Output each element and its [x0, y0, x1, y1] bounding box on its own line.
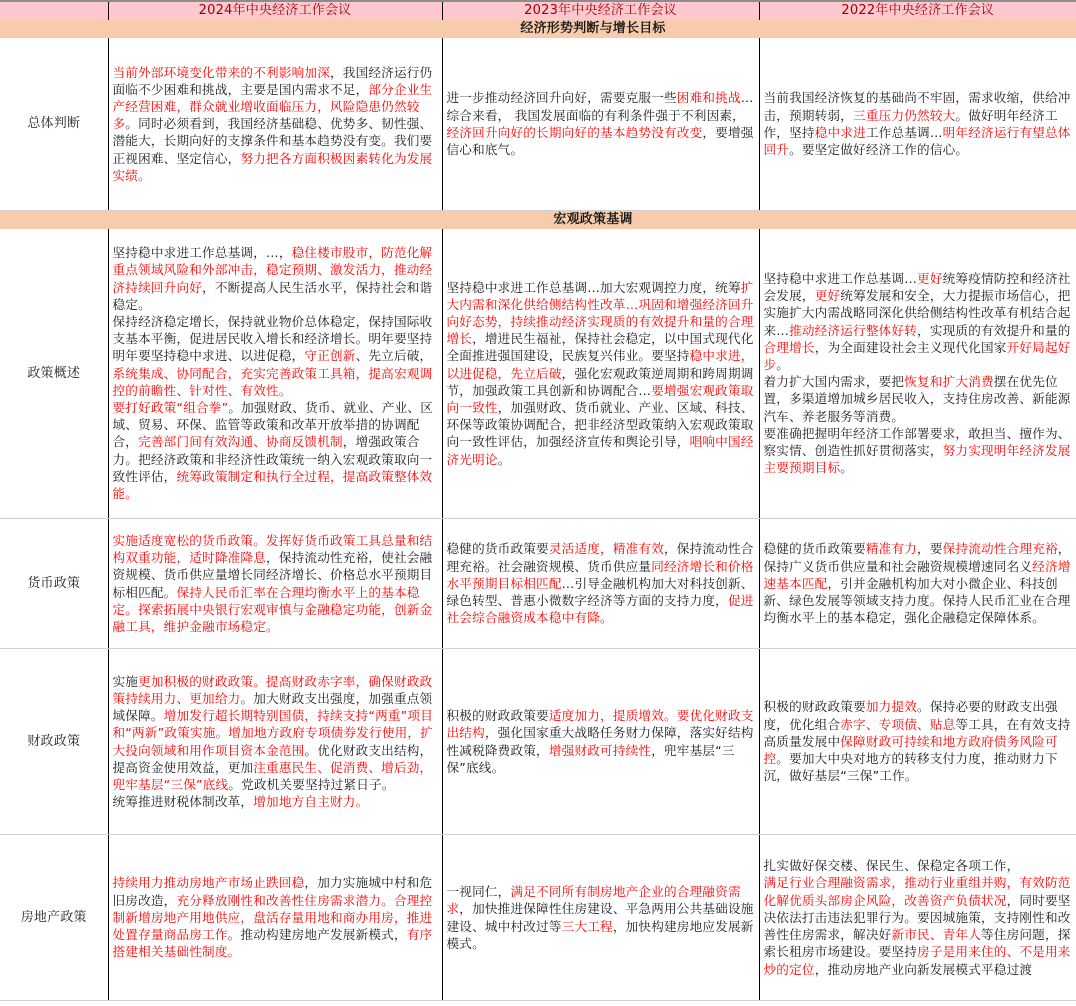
cell-2023: 积极的财政政策要适度加力，提质增效。要优化财政支出结构，强化国家重大战略任务财力… — [442, 649, 759, 835]
policy-comparison-table: 2024年中央经济工作会议 2023年中央经济工作会议 2022年中央经济工作会… — [0, 0, 1076, 1001]
cell-2023: 稳健的货币政策要灵活适度，精准有效，保持流动性合理充裕。社会融资规模、货币供应量… — [442, 519, 759, 649]
highlighted-text: 推动经济运行整体好转 — [789, 323, 917, 338]
highlighted-text: 更好 — [815, 288, 841, 303]
section-title: 经济形势判断与增长目标 — [0, 20, 1076, 38]
cell-2024: 当前外部环境变化带来的不利影响加深，我国经济运行仍面临不少困难和挑战，主要是国内… — [108, 38, 442, 210]
section-title: 宏观政策基调 — [0, 211, 1076, 229]
body-text: 积极的财政政策要 — [764, 699, 866, 714]
highlighted-text: 要打好政策“组合拳” — [113, 400, 229, 415]
body-text: 。要坚定做好经济工作的信心。 — [789, 142, 968, 157]
row-label: 财政政策 — [0, 649, 108, 835]
cell-2022: 稳健的货币政策要精准有力，要保持流动性合理充裕，保持广义货币供应量和社会融资规模… — [759, 519, 1076, 649]
section-row-macro-policy: 宏观政策基调 — [0, 210, 1076, 229]
body-text: 实施 — [113, 674, 139, 689]
row-label: 房地产政策 — [0, 835, 108, 1001]
body-text: 。 — [776, 357, 789, 372]
header-2023: 2023年中央经济工作会议 — [442, 1, 759, 20]
body-text: 着力扩大国内需求，要把 — [764, 374, 905, 389]
row-label: 总体判断 — [0, 38, 108, 210]
highlighted-text: 增强财政可持续性 — [549, 743, 651, 758]
table-row-policy-overview: 政策概述 坚持稳中求进工作总基调，…，稳住楼市股市，防范化解重点领域风险和外部冲… — [0, 229, 1076, 519]
row-label: 货币政策 — [0, 519, 108, 649]
body-text: 坚持稳中求进工作总基调，…， — [113, 245, 292, 260]
body-text: 、先立后破， — [356, 348, 433, 363]
body-text: 稳健的货币政策要 — [764, 541, 866, 556]
body-text: 。 — [840, 460, 853, 475]
highlighted-text: 灵活适度，精准有效 — [549, 541, 664, 556]
body-text: 扎实做好保交楼、保民生、保稳定各项工作， — [764, 858, 1020, 873]
body-text: 。推动构建房地产发展新模式， — [228, 927, 407, 942]
highlighted-text: 赤字、专项债、贴息 — [840, 717, 955, 732]
body-text: ，要 — [917, 541, 943, 556]
body-text: 工作总基调… — [866, 125, 943, 140]
body-text: ，推动房地产业向新发展模式平稳过渡 — [815, 962, 1033, 977]
cell-2023: 一视同仁，满足不同所有制房地产企业的合理融资需求，加快推进保障性住房建设、平急两… — [442, 835, 759, 1001]
highlighted-text: 持续用力推动房地产市场止跌回稳 — [113, 875, 305, 890]
cell-2022: 坚持稳中求进工作总基调…更好统筹疫情防控和经济社会发展，更好统筹发展和安全，大力… — [759, 229, 1076, 519]
body-text: 稳健的货币政策要 — [447, 541, 549, 556]
highlighted-text: 加力提效 — [866, 699, 917, 714]
body-text: ，为全面建设社会主义现代化国家 — [815, 340, 1007, 355]
highlighted-text: 困难和挑战 — [677, 90, 741, 105]
highlighted-text: 当前外部环境变化带来的不利影响加深 — [113, 65, 331, 80]
highlighted-text: 守正创新 — [304, 348, 355, 363]
table-row-overall-judgment: 总体判断 当前外部环境变化带来的不利影响加深，我国经济运行仍面临不少困难和挑战，… — [0, 38, 1076, 210]
highlighted-text: 完善部门间有效沟通、协商反馈机制 — [138, 434, 343, 449]
highlighted-text: 系统集成、协同配合，充实完善政策工具箱，提高宏观调控的前瞻性、针对性、有效性。 — [113, 366, 433, 398]
cell-2024: 实施适度宽松的货币政策。发挥好货币政策工具总量和结构双重功能，适时降准降息，保持… — [108, 519, 442, 649]
table-row-monetary-policy: 货币政策 实施适度宽松的货币政策。发挥好货币政策工具总量和结构双重功能，适时降准… — [0, 519, 1076, 649]
cell-2024: 坚持稳中求进工作总基调，…，稳住楼市股市，防范化解重点领域风险和外部冲击，稳定预… — [108, 229, 442, 519]
highlighted-text: 经济回升向好的长期向好的基本趋势没有改变 — [447, 125, 703, 140]
body-text: 。党政机关要坚持过紧日子。 — [228, 777, 394, 792]
highlighted-text: 精准有力 — [866, 541, 917, 556]
highlighted-text: 保持流动性合理充裕 — [943, 541, 1058, 556]
body-text: 。 — [498, 452, 511, 467]
header-corner-cell — [0, 1, 108, 20]
highlighted-text: 三重压力仍然较大 — [853, 108, 955, 123]
body-text: 。 — [600, 610, 613, 625]
highlighted-text: 更好 — [917, 271, 943, 286]
table-row-real-estate-policy: 房地产政策 持续用力推动房地产市场止跌回稳，加力实施城中村和危旧房改造，充分释放… — [0, 835, 1076, 1001]
highlighted-text: 稳中求进 — [815, 125, 866, 140]
header-2022: 2022年中央经济工作会议 — [759, 1, 1076, 20]
body-text: 。要加大中央对地方的转移支付力度，推动财力下沉，做好基层“三保”工作。 — [764, 751, 1058, 783]
cell-2024: 实施更加积极的财政政策。提高财政赤字率，确保财政政策持续用力、更加给力。加大财政… — [108, 649, 442, 835]
body-text: 积极的财政政策要 — [447, 708, 549, 723]
highlighted-text: 增加地方自主财力。 — [253, 794, 368, 809]
cell-2022: 积极的财政政策要加力提效。保持必要的财政支出强度，优化组合赤字、专项债、贴息等工… — [759, 649, 1076, 835]
body-text: ，实现质的有效提升和量的 — [917, 323, 1071, 338]
row-label: 政策概述 — [0, 229, 108, 519]
highlighted-text: 三大工程 — [562, 919, 613, 934]
cell-2022: 当前我国经济恢复的基础尚不牢固，需求收缩，供给冲击，预期转弱，三重压力仍然较大。… — [759, 38, 1076, 210]
body-text: 统筹推进财税体制改革， — [113, 794, 254, 809]
highlighted-text: 合理增长 — [764, 340, 815, 355]
header-2024: 2024年中央经济工作会议 — [108, 1, 442, 20]
body-text: 坚持稳中求进工作总基调… — [764, 271, 918, 286]
table-header-row: 2024年中央经济工作会议 2023年中央经济工作会议 2022年中央经济工作会… — [0, 1, 1076, 20]
cell-2023: 进一步推动经济回升向好，需要克服一些困难和挑战…综合来看， 我国发展面临的有利条… — [442, 38, 759, 210]
body-text: 进一步推动经济回升向好，需要克服一些 — [447, 90, 677, 105]
body-text: 一视同仁， — [447, 884, 511, 899]
table-row-fiscal-policy: 财政政策 实施更加积极的财政政策。提高财政赤字率，确保财政政策持续用力、更加给力… — [0, 649, 1076, 835]
body-text: 坚持稳中求进工作总基调…加大宏观调控力度，统筹 — [447, 280, 741, 295]
highlighted-text: 新市民、青年人 — [891, 927, 981, 942]
cell-2024: 持续用力推动房地产市场止跌回稳，加力实施城中村和危旧房改造，充分释放刚性和改善性… — [108, 835, 442, 1001]
cell-2022: 扎实做好保交楼、保民生、保稳定各项工作，满足行业合理融资需求，推动行业重组并购，… — [759, 835, 1076, 1001]
cell-2023: 坚持稳中求进工作总基调…加大宏观调控力度，统筹扩大内需和深化供给侧结构性改革…巩… — [442, 229, 759, 519]
section-row-economic-outlook: 经济形势判断与增长目标 — [0, 20, 1076, 38]
highlighted-text: 恢复和扩大消费 — [904, 374, 994, 389]
